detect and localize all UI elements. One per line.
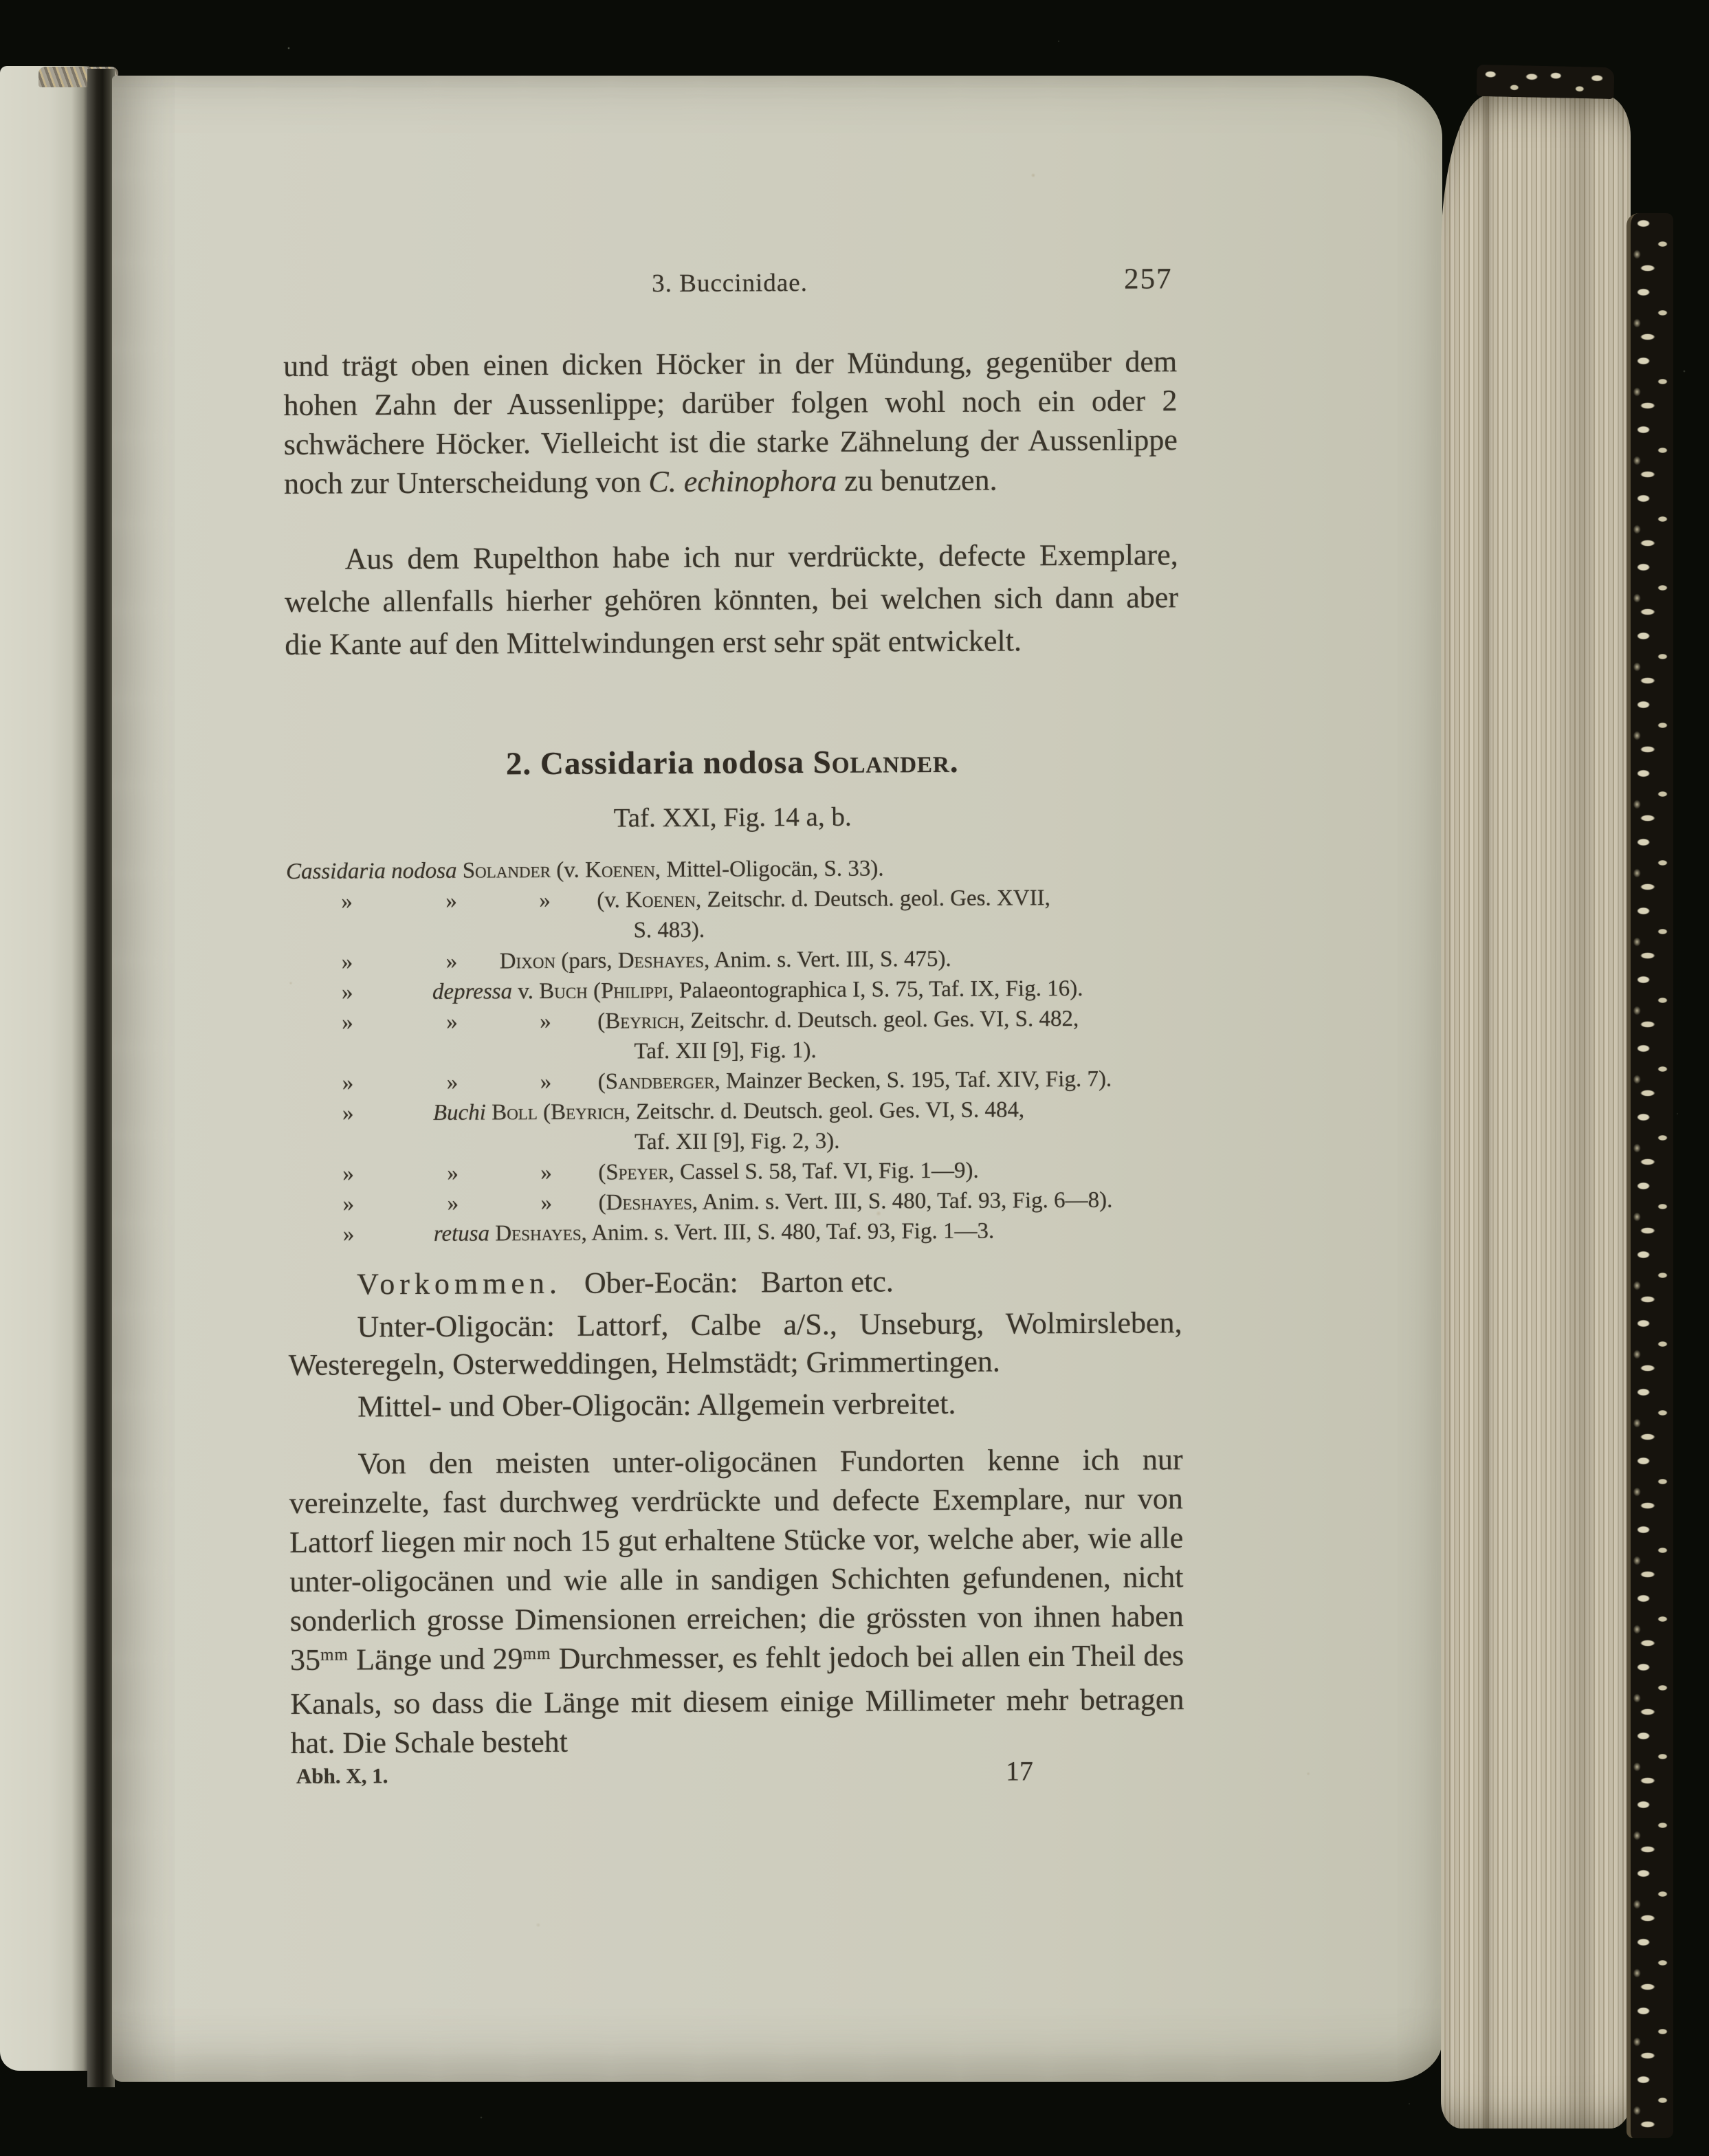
text-run: Taf. XII [9], Fig. 1).	[634, 1038, 816, 1064]
text-run	[489, 1221, 495, 1246]
text-run: Mittel- und Ober-Oligocän: Allgemein ver…	[357, 1387, 956, 1424]
synonymy-line: »Buchi Boll (Beyrich, Zeitschr. d. Deuts…	[287, 1094, 1181, 1129]
text-run: Unter-Oligocän: Lattorf, Calbe a/S., Uns…	[289, 1306, 1182, 1382]
citation-text: depressa v. Buch (Philippi, Palaeontogra…	[432, 973, 1083, 1007]
text-run: Beyrich	[551, 1099, 625, 1125]
synonymy: Cassidaria nodosa Solander (v. Koenen, M…	[286, 852, 1182, 1250]
book-page: 3. Buccinidae. 257 und trägt oben einen …	[112, 76, 1442, 2082]
text-run: Koenen	[585, 857, 655, 883]
text-run: , Zeitschr. d. Deutsch. geol. Ges. XVII,	[696, 885, 1050, 912]
text-run: Boll	[492, 1100, 538, 1125]
section-title: 3. Buccinidae.	[652, 269, 808, 298]
repeat-mark: »	[342, 977, 353, 1007]
text-run: Speyer	[606, 1160, 668, 1185]
sheet-folio: 17	[1006, 1754, 1033, 1787]
text-run: Vorkommen.	[357, 1266, 562, 1301]
text-run: C. echinophora	[648, 464, 837, 498]
synonymy-line: »»»(Sandberger, Mainzer Becken, S. 195, …	[287, 1064, 1181, 1099]
citation-text: (Speyer, Cassel S. 58, Taf. VI, Fig. 1—9…	[598, 1156, 979, 1188]
text-run: (	[598, 1160, 606, 1185]
marbled-cover-top-edge	[1477, 65, 1615, 99]
citation-text: Dixon (pars, Deshayes, Anim. s. Vert. II…	[500, 944, 951, 976]
text-run: , Anim. s. Vert. III, S. 475).	[704, 947, 951, 973]
heading: 2. Cassidaria nodosa Solander.	[285, 742, 1179, 784]
text-run: , Zeitschr. d. Deutsch. geol. Ges. VI, S…	[679, 1006, 1079, 1033]
repeat-mark: »	[342, 1007, 353, 1037]
text-run: , Anim. s. Vert. III, S. 480, Taf. 93, F…	[692, 1188, 1113, 1215]
repeat-mark: »	[342, 1068, 354, 1098]
unterolig: Unter-Oligocän: Lattorf, Calbe a/S., Uns…	[288, 1303, 1182, 1384]
repeat-mark: »	[341, 886, 353, 916]
text-run: Beyrich	[605, 1009, 679, 1034]
para2: Aus dem Rupelthon habe ich nur verdrückt…	[285, 533, 1179, 666]
synonymy-line: Taf. XII [9], Fig. 2, 3).	[287, 1124, 1181, 1159]
repeat-mark: »	[343, 1219, 355, 1249]
photo-background: 3. Buccinidae. 257 und trägt oben einen …	[0, 0, 1709, 2156]
text-run: Taf. XXI, Fig. 14 a, b.	[614, 802, 852, 833]
repeat-mark: »	[342, 1098, 354, 1128]
text-run: zu benutzen.	[837, 463, 997, 498]
text-run: Cassidaria nodosa	[286, 859, 463, 884]
text-run: v.	[512, 979, 539, 1004]
repeat-mark: »	[445, 886, 457, 916]
text-run: Aus dem Rupelthon habe ich nur verdrückt…	[285, 538, 1178, 661]
synonymy-line: S. 483).	[286, 912, 1180, 947]
text-run: (pars,	[555, 948, 618, 973]
text-run: Länge und 29	[349, 1642, 523, 1676]
text-run: Dixon	[500, 949, 556, 973]
text-run: 2. Cassidaria nodosa	[506, 745, 813, 782]
text-run: Taf. XII [9], Fig. 2, 3).	[635, 1129, 839, 1155]
repeat-mark: »	[446, 1007, 458, 1037]
repeat-mark: »	[540, 1067, 552, 1097]
repeat-mark: »	[342, 947, 353, 977]
text-run: Deshayes	[618, 948, 704, 973]
vorkommen: Vorkommen. Ober-Eocän: Barton etc.	[288, 1260, 1182, 1304]
text-run: , Mainzer Becken, S. 195, Taf. XIV, Fig.…	[714, 1067, 1112, 1094]
running-header: 3. Buccinidae. 257	[283, 266, 1176, 300]
text-run: , Palaeontographica I, S. 75, Taf. IX, F…	[668, 976, 1083, 1003]
book-gutter	[87, 69, 115, 2087]
text-run: , Zeitschr. d. Deutsch. geol. Ges. VI, S…	[625, 1097, 1025, 1124]
synonymy-line: »»»(Beyrich, Zeitschr. d. Deutsch. geol.…	[287, 1003, 1180, 1038]
synonymy-line: Taf. XII [9], Fig. 1).	[287, 1033, 1180, 1068]
final: Von den meisten unter-oligocänen Fundort…	[289, 1440, 1184, 1763]
page-footer: Abh. X, 1. 17	[291, 1754, 1184, 1807]
text-run: (	[588, 979, 601, 1004]
text-run: mm	[522, 1644, 551, 1663]
marbled-cover-edge	[1627, 213, 1673, 2138]
para1: und trägt oben einen dicken Höcker in de…	[283, 342, 1178, 503]
text-run: , Mittel-Oligocän, S. 33).	[655, 856, 884, 882]
text-run: mm	[320, 1646, 349, 1664]
repeat-mark: »	[342, 1158, 354, 1189]
synonymy-line: »»Dixon (pars, Deshayes, Anim. s. Vert. …	[287, 943, 1180, 978]
repeat-mark: »	[447, 1068, 459, 1098]
text-run: Solander	[813, 744, 950, 780]
citation-text: S. 483).	[633, 915, 705, 946]
text-run: (v.	[551, 858, 585, 883]
repeat-mark: »	[447, 1158, 459, 1189]
citation-text: retusa Deshayes, Anim. s. Vert. III, S. …	[434, 1216, 995, 1249]
synonymy-line: »»»(Speyer, Cassel S. 58, Taf. VI, Fig. …	[287, 1154, 1181, 1189]
text-run: Sandberger	[606, 1069, 715, 1094]
text-run: (	[597, 1009, 605, 1034]
text-run: Solander	[463, 858, 551, 883]
citation-text: (Deshayes, Anim. s. Vert. III, S. 480, T…	[598, 1185, 1112, 1218]
text-run: Ober-Eocän: Barton etc.	[562, 1264, 894, 1300]
citation-text: (Beyrich, Zeitschr. d. Deutsch. geol. Ge…	[597, 1004, 1079, 1037]
synonymy-line: Cassidaria nodosa Solander (v. Koenen, M…	[286, 852, 1180, 887]
synonymy-line: »»»(Deshayes, Anim. s. Vert. III, S. 480…	[287, 1185, 1181, 1220]
repeat-mark: »	[539, 885, 551, 916]
repeat-mark: »	[342, 1189, 354, 1219]
text-run: Buch	[539, 979, 588, 1004]
citation-text: Buchi Boll (Beyrich, Zeitschr. d. Deutsc…	[433, 1094, 1024, 1128]
text-run: retusa	[434, 1221, 489, 1246]
text-run: S. 483).	[633, 918, 705, 943]
text-run: .	[950, 744, 959, 780]
citation-text: (Sandberger, Mainzer Becken, S. 195, Taf…	[598, 1064, 1112, 1097]
text-run: (v.	[597, 888, 626, 912]
citation-text: Cassidaria nodosa Solander (v. Koenen, M…	[286, 853, 884, 887]
repeat-mark: »	[540, 1188, 552, 1218]
synonymy-line: »retusa Deshayes, Anim. s. Vert. III, S.…	[288, 1215, 1182, 1250]
citation-text: Taf. XII [9], Fig. 2, 3).	[635, 1126, 840, 1158]
sub: Taf. XXI, Fig. 14 a, b.	[286, 800, 1180, 835]
text-run: (	[598, 1070, 606, 1094]
text-run: Koenen	[626, 888, 696, 913]
page-number: 257	[1124, 262, 1173, 296]
text-run: Buchi	[433, 1100, 486, 1125]
synonymy-line: »»»(v. Koenen, Zeitschr. d. Deutsch. geo…	[286, 882, 1180, 917]
repeat-mark: »	[447, 1189, 459, 1219]
text-run: (	[538, 1100, 551, 1125]
signature-mark: Abh. X, 1.	[296, 1763, 388, 1789]
repeat-mark: »	[446, 947, 458, 977]
text-run: , Anim. s. Vert. III, S. 480, Taf. 93, F…	[581, 1219, 994, 1246]
text-run: (	[598, 1191, 606, 1215]
text-run: Deshayes	[606, 1190, 692, 1215]
text-run: , Cassel S. 58, Taf. VI, Fig. 1—9).	[668, 1158, 978, 1185]
page-content: 3. Buccinidae. 257 und trägt oben einen …	[282, 71, 1186, 2082]
mittelolig: Mittel- und Ober-Oligocän: Allgemein ver…	[289, 1383, 1182, 1427]
facing-page-edge	[0, 66, 89, 2071]
text-run: depressa	[432, 979, 512, 1004]
text-run: Philippi	[601, 978, 668, 1004]
citation-text: (v. Koenen, Zeitschr. d. Deutsch. geol. …	[597, 883, 1050, 915]
text-run: Deshayes	[495, 1221, 581, 1246]
synonymy-line: »depressa v. Buch (Philippi, Palaeontogr…	[287, 973, 1180, 1008]
repeat-mark: »	[540, 1006, 551, 1037]
fore-edge-page-stack	[1441, 95, 1631, 2128]
repeat-mark: »	[540, 1158, 552, 1188]
citation-text: Taf. XII [9], Fig. 1).	[634, 1035, 817, 1066]
